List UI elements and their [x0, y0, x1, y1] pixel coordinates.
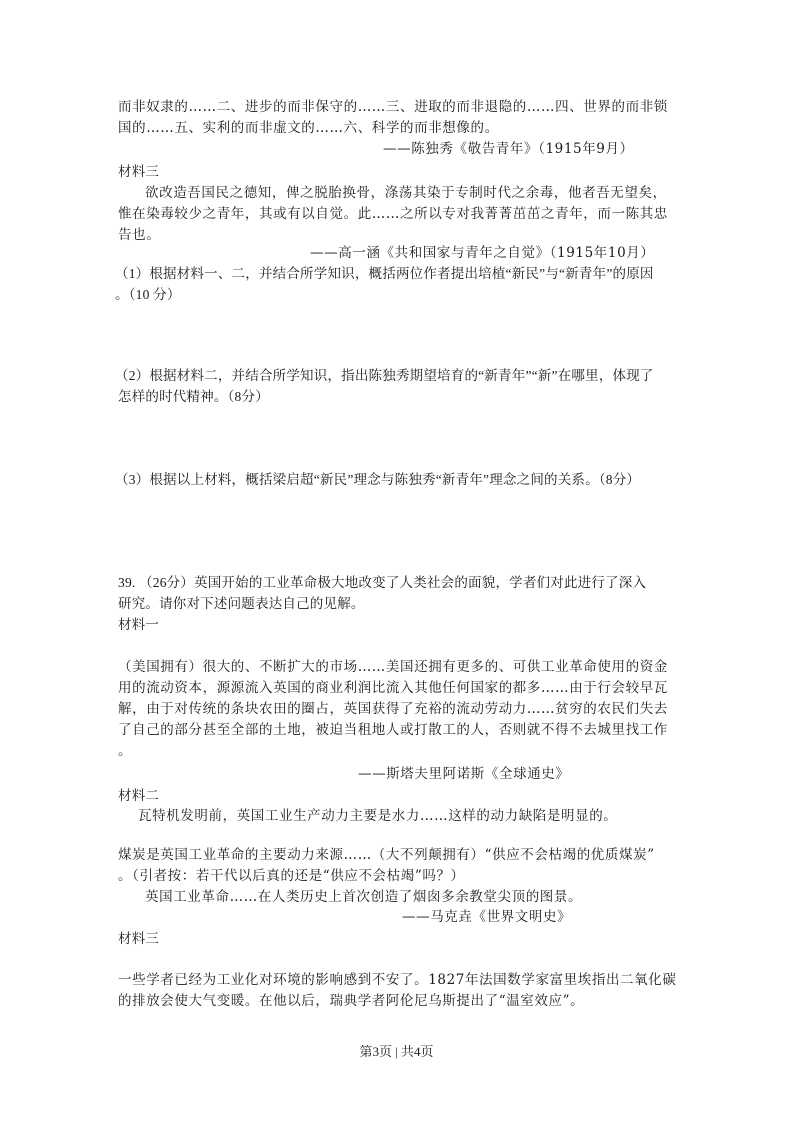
question-2-line: 怎样的时代精神。（8分）	[118, 387, 269, 407]
material-text-line: 瓦特机发明前，英国工业生产动力主要是水力……这样的动力缺陷是明显的。	[138, 806, 617, 826]
material-text-line: 用的流动资本，源源流入英国的商业利润比流入其他任何国家的都多……由于行会较早瓦	[118, 678, 668, 698]
material-heading: 材料一	[118, 615, 159, 635]
material-text-line: 惟在染毒较少之青年，其或有以自觉。此……之所以专对我菁菁茁茁之青年，而一陈其忠	[118, 204, 668, 224]
question-2-line: （2）根据材料二，并结合所学知识，指出陈独秀期望培育的“新青年”“新”在哪里，体…	[115, 366, 654, 386]
material-text-line: （美国拥有）很大的、不断扩大的市场……美国还拥有更多的、可供工业革命使用的资金	[118, 657, 668, 677]
material-text-line: 的排放会使大气变暖。在他以后，瑞典学者阿伦尼乌斯提出了“温室效应”。	[118, 991, 584, 1011]
material-text-line: 而非奴隶的……二、进步的而非保守的……三、进取的而非退隐的……四、世界的而非锁	[118, 97, 668, 117]
material-text-line: 一些学者已经为工业化对环境的影响感到不安了。1827年法国数学家富里埃指出二氧化…	[118, 970, 676, 990]
material-text-line: 英国工业革命……在人类历史上首次创造了烟囱多余教堂尖顶的图景。	[145, 887, 582, 907]
material-text-line: 告也。	[118, 225, 160, 245]
citation: ——斯塔夫里阿诺斯《全球通史》	[358, 764, 570, 784]
page-number: 第3页 | 共4页	[0, 1041, 793, 1060]
citation: ——马克垚《世界文明史》	[402, 907, 571, 927]
citation: ——高一涵《共和国家与青年之自觉》（1915年10月）	[310, 243, 654, 263]
material-text-line: 解，由于对传统的条块农田的圈占，英国获得了充裕的流动劳动力……贫穷的农民们失去	[118, 699, 668, 719]
question-1-line: （1）根据材料一、二，并结合所学知识，概括两位作者提出培植“新民”与“新青年”的…	[115, 264, 654, 284]
material-text-line: 了自己的部分甚至全部的土地，被迫当租地人或打散工的人，否则就不得不去城里找工作	[118, 720, 668, 740]
material-heading: 材料三	[118, 162, 159, 182]
question-1-line: 。（10 分）	[115, 285, 181, 305]
material-heading: 材料二	[118, 786, 159, 806]
citation: ——陈独秀《敬告青年》（1915年9月）	[383, 139, 634, 159]
material-text-line: 。（引者按：若干代以后真的还是“供应不会枯竭”吗？）	[118, 866, 465, 886]
question-39-line: 研究。请你对下述问题表达自己的见解。	[118, 594, 365, 614]
question-39-line: 39. （26分）英国开始的工业革命极大地改变了人类社会的面貌，学者们对此进行了…	[118, 573, 646, 593]
question-3-line: （3）根据以上材料，概括梁启超“新民”理念与陈独秀“新青年”理念之间的关系。（8…	[115, 470, 640, 490]
material-text-line: 国的……五、实利的而非虚文的……六、科学的而非想像的。	[118, 118, 499, 138]
material-text-line: 煤炭是英国工业革命的主要动力来源……（大不列颠拥有）“供应不会枯竭的优质煤炭”	[118, 845, 655, 865]
material-text-line: 欲改造吾国民之德知，俾之脱胎换骨，涤荡其染于专制时代之余毒，他者吾无望矣，	[145, 183, 667, 203]
material-text-line: 。	[118, 741, 132, 761]
material-heading: 材料三	[118, 929, 159, 949]
